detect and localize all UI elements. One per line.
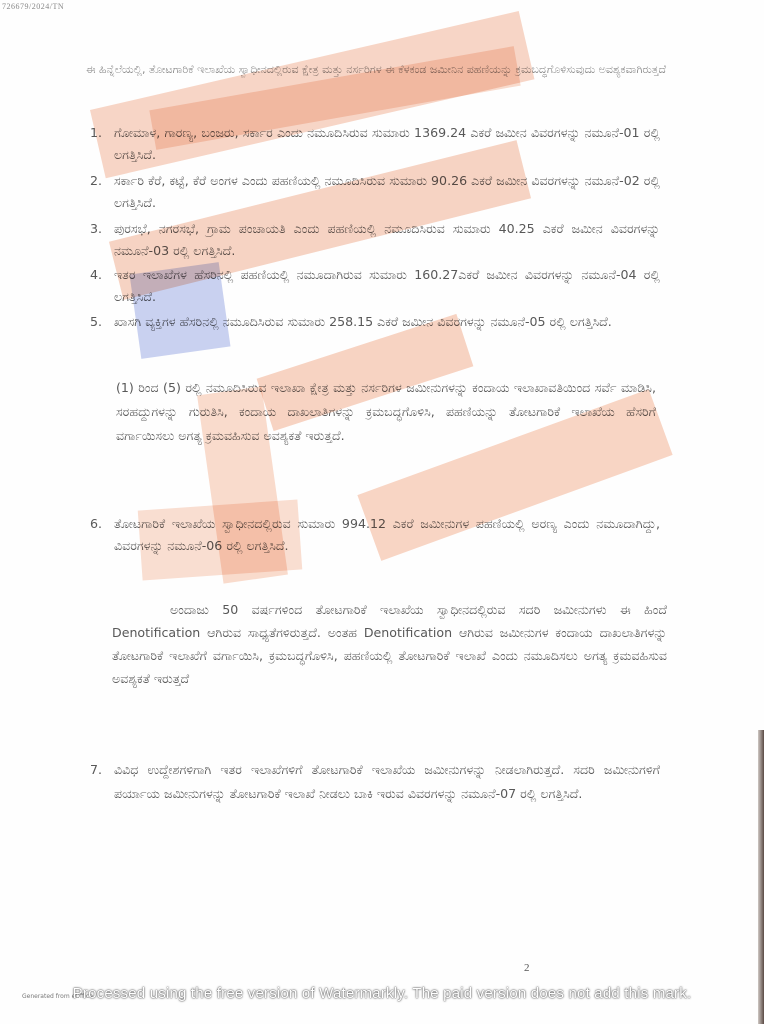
list-item: 1. ಗೋಮಾಳ, ಗಾರಣ್ಯ, ಬಂಜರು, ಸರ್ಕಾರ ಎಂದು ನಮೂ… xyxy=(90,122,660,166)
watermark-text: Processed using the free version of Wate… xyxy=(0,985,764,1002)
list-item-text: ವಿವಿಧ ಉದ್ದೇಶಗಳಿಗಾಗಿ ಇತರ ಇಲಾಖೆಗಳಿಗೆ ತೋಟಗಾ… xyxy=(114,758,660,806)
document-page: 726679/2024/TN ಈ ಹಿನ್ನೆಲೆಯಲ್ಲಿ, ತೋಟಗಾರಿಕ… xyxy=(0,0,764,1024)
list-item-text: ಖಾಸಗಿ ವ್ಯಕ್ತಿಗಳ ಹೆಸರಿನಲ್ಲಿ ನಮೂದಿಸಿರುವ ಸು… xyxy=(114,311,660,333)
list-item: 5. ಖಾಸಗಿ ವ್ಯಕ್ತಿಗಳ ಹೆಸರಿನಲ್ಲಿ ನಮೂದಿಸಿರುವ… xyxy=(90,311,660,333)
list-item-number: 5. xyxy=(90,311,112,333)
reference-code: 726679/2024/TN xyxy=(2,2,64,11)
list-item: 2. ಸರ್ಕಾರಿ ಕೆರೆ, ಕಟ್ಟೆ, ಕೆರೆ ಅಂಗಳ ಎಂದು ಪ… xyxy=(90,170,660,214)
list-item-number: 2. xyxy=(90,170,112,192)
list-item-text: ಸರ್ಕಾರಿ ಕೆರೆ, ಕಟ್ಟೆ, ಕೆರೆ ಅಂಗಳ ಎಂದು ಪಹಣಿ… xyxy=(114,170,660,214)
list-item: 6. ತೋಟಗಾರಿಕೆ ಇಲಾಖೆಯ ಸ್ವಾಧೀನದಲ್ಲಿರುವ ಸುಮಾ… xyxy=(90,513,660,557)
list-item-text: ಗೋಮಾಳ, ಗಾರಣ್ಯ, ಬಂಜರು, ಸರ್ಕಾರ ಎಂದು ನಮೂದಿಸ… xyxy=(114,122,660,166)
page-number: 2 xyxy=(524,962,530,974)
list-item-text: ತೋಟಗಾರಿಕೆ ಇಲಾಖೆಯ ಸ್ವಾಧೀನದಲ್ಲಿರುವ ಸುಮಾರು … xyxy=(114,513,660,557)
list-item-number: 3. xyxy=(90,218,112,240)
summary-paragraph: (1) ರಿಂದ (5) ರಲ್ಲಿ ನಮೂದಿಸಿರುವ ಇಲಾಖಾ ಕ್ಷೇ… xyxy=(116,376,656,448)
list-item: 4. ಇತರ ಇಲಾಖೆಗಳ ಹೆಸರಿನಲ್ಲಿ ಪಹಣಿಯಲ್ಲಿ ನಮೂದ… xyxy=(90,264,660,308)
list-item-text: ಪುರಸಭೆ, ನಗರಸಭೆ, ಗ್ರಾಮ ಪಂಚಾಯತಿ ಎಂದು ಪಹಣಿಯ… xyxy=(114,218,660,262)
intro-paragraph: ಈ ಹಿನ್ನೆಲೆಯಲ್ಲಿ, ತೋಟಗಾರಿಕೆ ಇಲಾಖೆಯ ಸ್ವಾಧೀ… xyxy=(86,62,686,77)
denotification-paragraph: ಅಂದಾಜು 50 ವರ್ಷಗಳಿಂದ ತೋಟಗಾರಿಕೆ ಇಲಾಖೆಯ ಸ್ವ… xyxy=(112,598,667,690)
page-edge-shadow xyxy=(758,730,764,1024)
list-item-number: 4. xyxy=(90,264,112,286)
list-item: 7. ವಿವಿಧ ಉದ್ದೇಶಗಳಿಗಾಗಿ ಇತರ ಇಲಾಖೆಗಳಿಗೆ ತೋ… xyxy=(90,758,660,806)
list-item-number: 7. xyxy=(90,758,112,782)
list-item-number: 6. xyxy=(90,513,112,535)
list-item: 3. ಪುರಸಭೆ, ನಗರಸಭೆ, ಗ್ರಾಮ ಪಂಚಾಯತಿ ಎಂದು ಪಹ… xyxy=(90,218,660,262)
list-item-text: ಇತರ ಇಲಾಖೆಗಳ ಹೆಸರಿನಲ್ಲಿ ಪಹಣಿಯಲ್ಲಿ ನಮೂದಾಗಿ… xyxy=(114,264,660,308)
list-item-number: 1. xyxy=(90,122,112,144)
